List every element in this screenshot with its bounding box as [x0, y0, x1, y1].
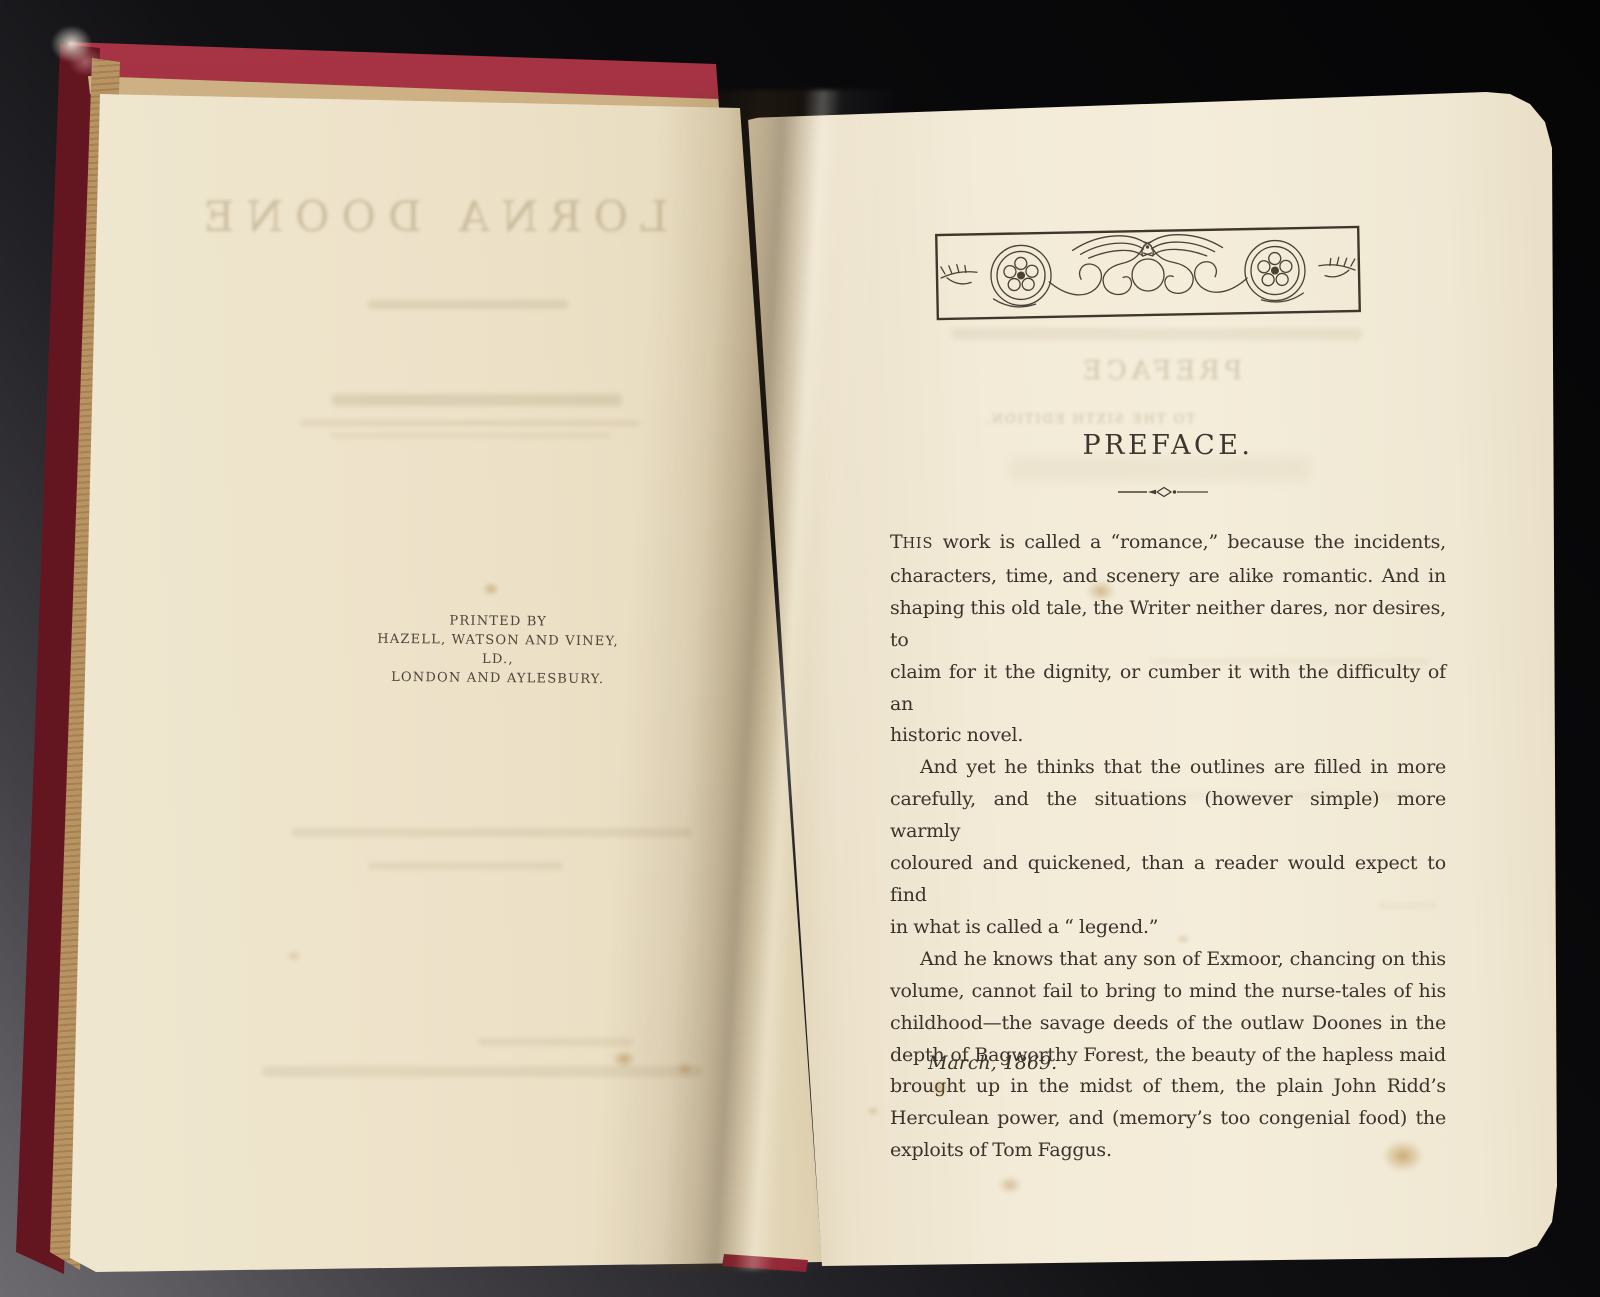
foxing-spot	[998, 1176, 1022, 1194]
worn-corner-fray	[40, 16, 110, 86]
printer-imprint: PRINTED BY HAZELL, WATSON AND VINEY, LD.…	[374, 611, 623, 690]
body-line: in what is called a “ legend.”	[890, 912, 1446, 944]
body-line: brought up in the midst of them, the pla…	[890, 1071, 1446, 1103]
show-through-line	[300, 420, 640, 426]
ornament-engraving	[932, 218, 1364, 328]
body-line: claim for it the dignity, or cumber it w…	[890, 657, 1446, 721]
foxing-spot	[286, 950, 302, 962]
body-line: exploits of Tom Faggus.	[890, 1135, 1446, 1167]
drop-initial: T	[890, 531, 902, 553]
foxing-spot	[1176, 934, 1190, 944]
show-through-line	[368, 300, 568, 309]
book-photograph: LORNA DOONE PRINTED BY HAZELL, WATSON AN…	[0, 0, 1600, 1297]
foxing-spot	[866, 1106, 880, 1116]
body-line: And yet he thinks that the outlines are …	[890, 752, 1446, 784]
body-line: And he knows that any son of Exmoor, cha…	[890, 944, 1446, 976]
show-through-subheading: TO THE SIXTH EDITION.	[1000, 412, 1195, 427]
foxing-spot	[612, 1050, 636, 1068]
body-line: characters, time, and scenery are alike …	[890, 561, 1446, 593]
show-through-line	[332, 394, 622, 406]
foxing-spot	[1382, 1140, 1424, 1172]
show-through-title: LORNA DOONE	[248, 192, 668, 241]
date-line: March, 1869.	[890, 1052, 1446, 1074]
divider-ornament	[1118, 484, 1208, 498]
body-line: coloured and quickened, than a reader wo…	[890, 848, 1446, 912]
body-line: carefully, and the situations (however s…	[890, 784, 1446, 848]
foxing-spot	[676, 1062, 694, 1076]
imprint-line-3: LONDON AND AYLESBURY.	[374, 668, 622, 690]
body-line: historic novel.	[890, 720, 1446, 752]
imprint-line-1: PRINTED BY	[374, 611, 622, 633]
body-line: THIS work is called a “romance,” because…	[890, 527, 1446, 561]
foxing-spot	[930, 1080, 950, 1096]
small-caps-lead: HIS	[902, 536, 933, 552]
show-through-line	[330, 433, 610, 438]
imprint-line-2: HAZELL, WATSON AND VINEY, LD.,	[374, 630, 622, 671]
body-line: childhood—the savage deeds of the outlaw…	[890, 1008, 1446, 1040]
foxing-spot	[482, 582, 500, 596]
show-through-heading: PREFACE	[1060, 356, 1260, 386]
line-text: work is called a “romance,” because the …	[933, 531, 1446, 553]
show-through-ornament-band	[952, 328, 1362, 340]
preface-heading: PREFACE.	[890, 430, 1446, 461]
foxing-spot	[1086, 580, 1116, 602]
body-line: Herculean power, and (memory’s too conge…	[890, 1103, 1446, 1135]
show-through-line	[368, 862, 563, 870]
body-line: shaping this old tale, the Writer neithe…	[890, 593, 1446, 657]
body-line: volume, cannot fail to bring to mind the…	[890, 976, 1446, 1008]
dragon-scroll-ornament	[932, 218, 1364, 328]
